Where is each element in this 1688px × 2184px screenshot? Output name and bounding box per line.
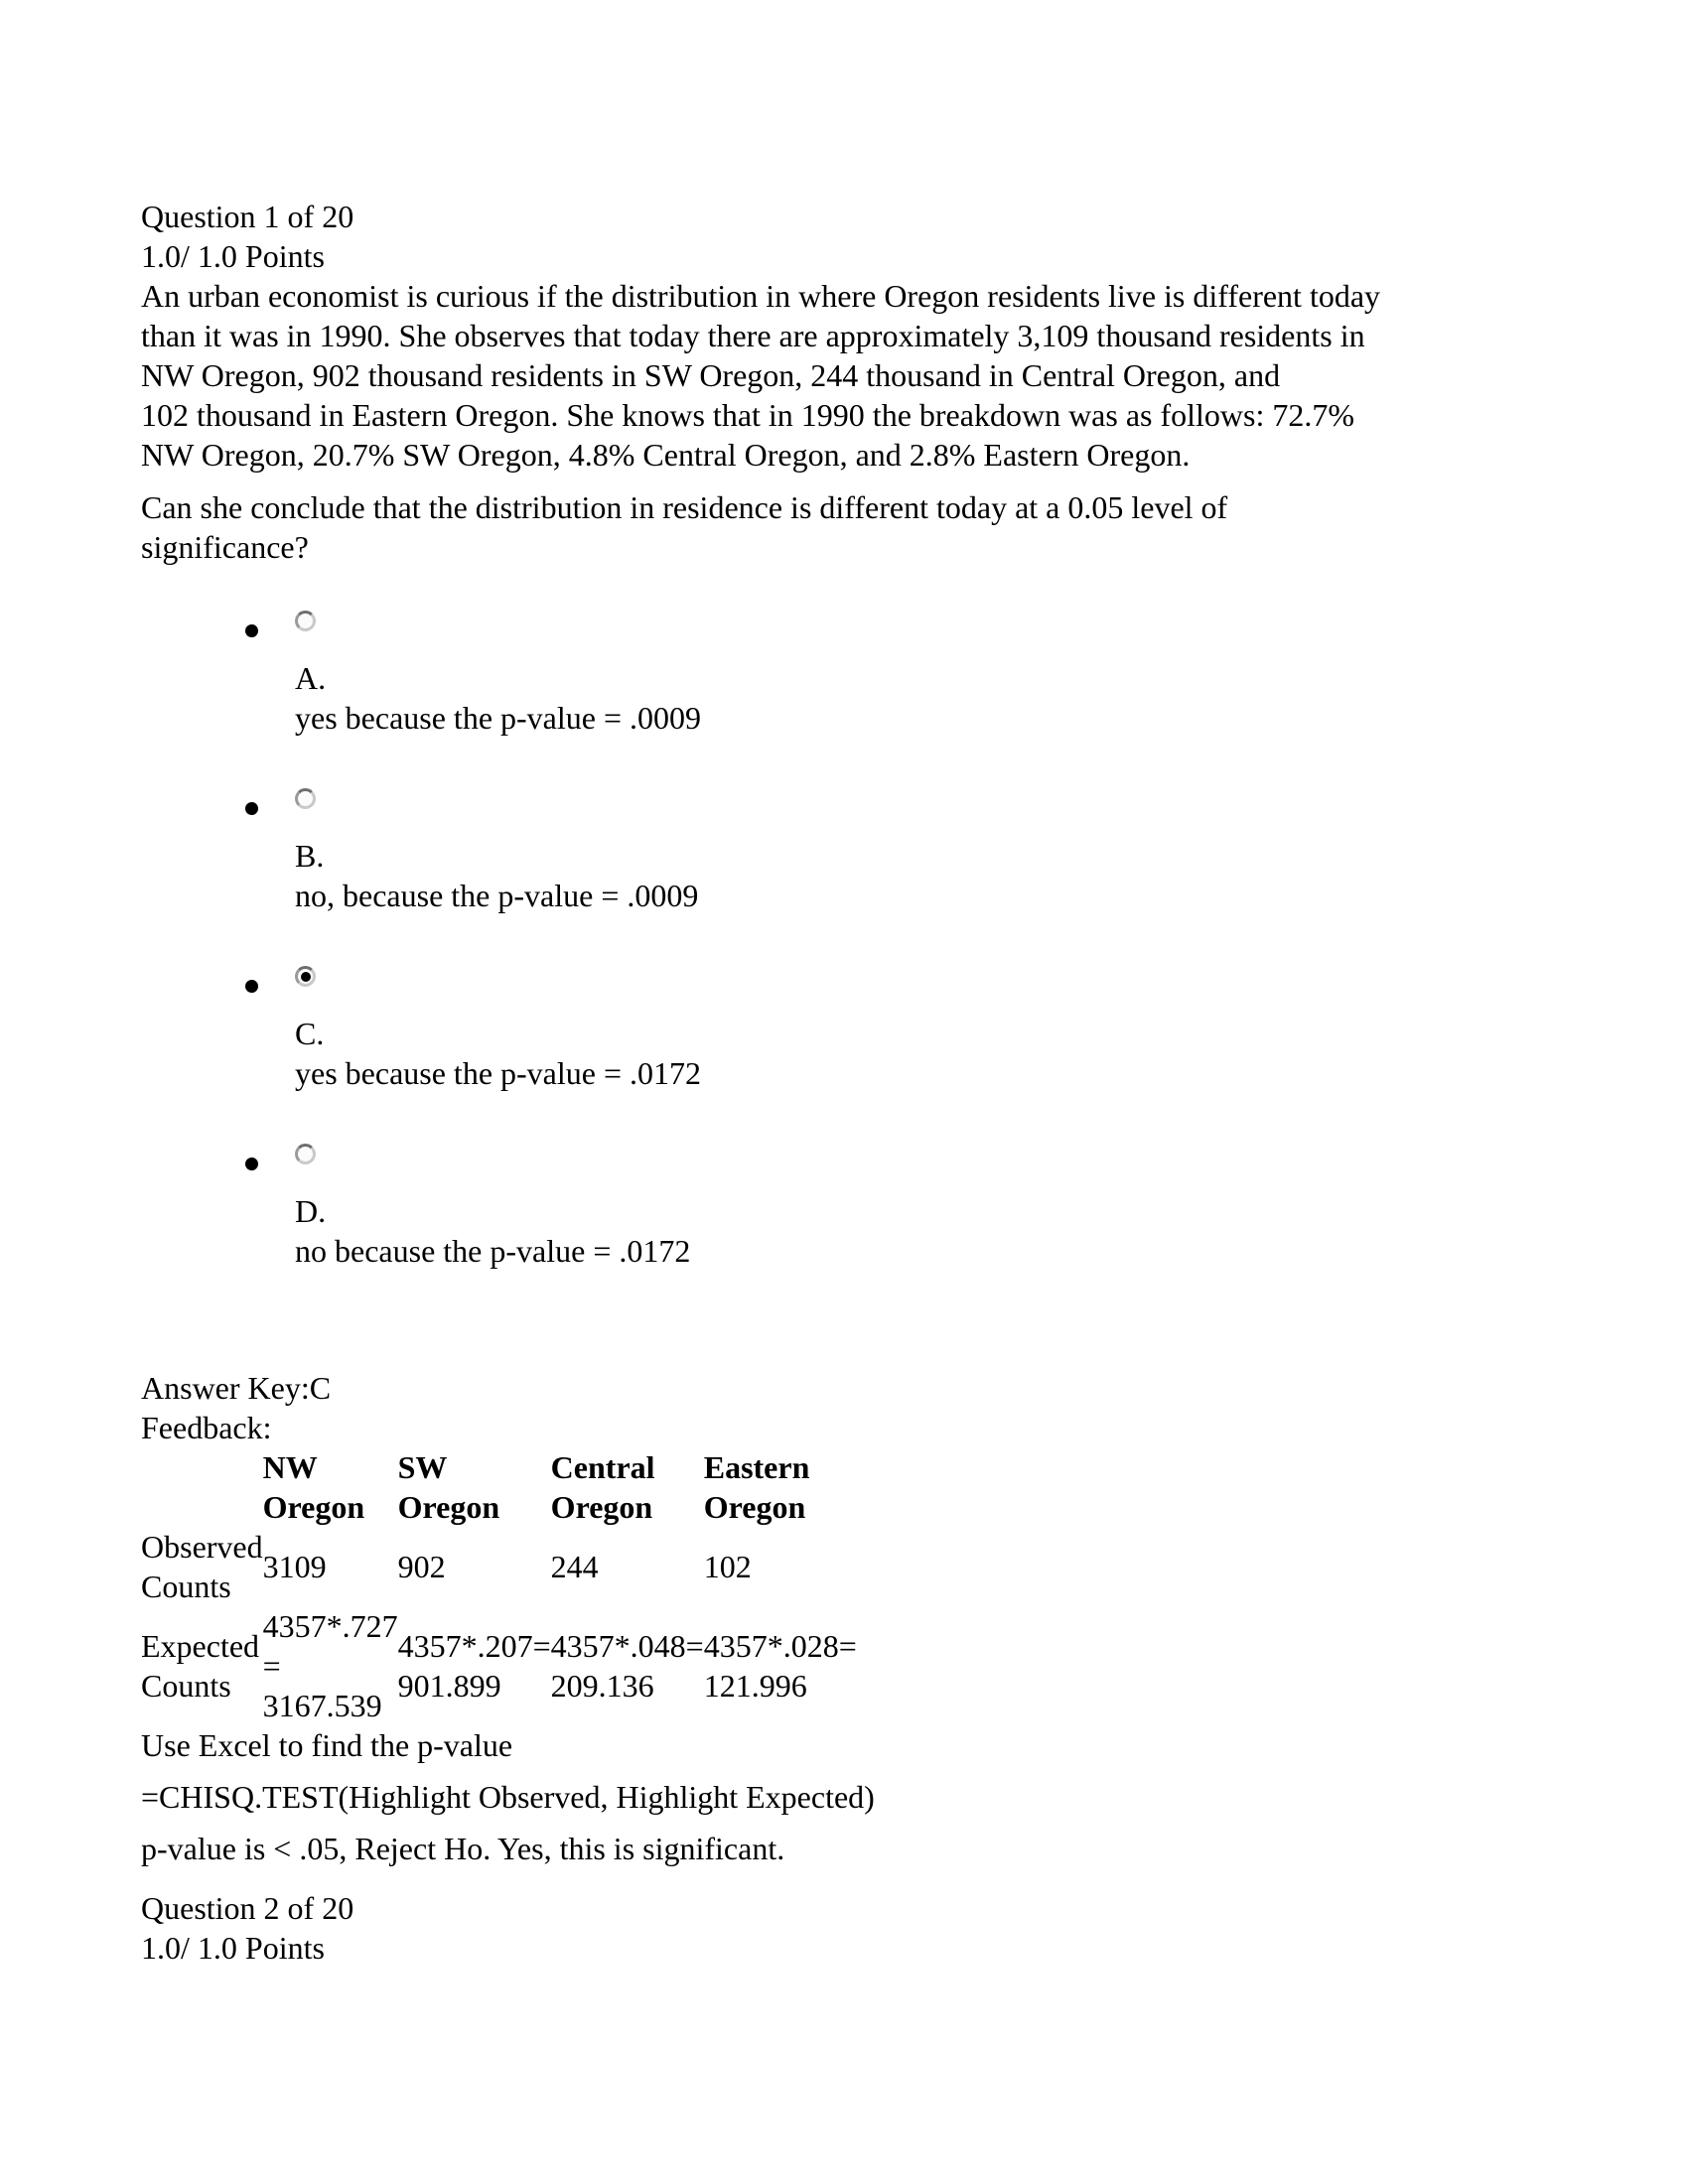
option-c: C. yes because the p-value = .0172 <box>141 956 1599 1093</box>
feedback-note-formula: =CHISQ.TEST(Highlight Observed, Highligh… <box>141 1777 1599 1817</box>
option-c-letter: C. <box>295 1014 1599 1053</box>
column-header-eastern-oregon: Eastern Oregon <box>704 1447 857 1527</box>
radio-button-d[interactable] <box>295 1144 316 1164</box>
option-a: A. yes because the p-value = .0009 <box>141 601 1599 738</box>
column-header-sw-oregon: SW Oregon <box>398 1447 551 1527</box>
option-c-text: yes because the p-value = .0172 <box>295 1053 1599 1093</box>
option-d: D. no because the p-value = .0172 <box>141 1134 1599 1271</box>
table-row-expected: Expected Counts 4357*.727 = 3167.539 435… <box>141 1606 857 1725</box>
feedback-note-conclusion: p-value is < .05, Reject Ho. Yes, this i… <box>141 1829 1599 1868</box>
option-d-letter: D. <box>295 1191 1599 1231</box>
option-b-letter: B. <box>295 836 1599 876</box>
radio-button-b[interactable] <box>295 788 316 809</box>
answer-key: Answer Key:C <box>141 1368 1599 1408</box>
bullet-icon <box>245 1158 258 1170</box>
column-header-blank <box>141 1447 263 1527</box>
option-b: B. no, because the p-value = .0009 <box>141 778 1599 915</box>
option-a-radio-row <box>295 601 1599 621</box>
column-header-nw-oregon: NW Oregon <box>263 1447 398 1527</box>
question1-header: Question 1 of 20 <box>141 197 1599 236</box>
feedback-table: NW Oregon SW Oregon Central Oregon Easte… <box>141 1447 857 1725</box>
option-a-letter: A. <box>295 658 1599 698</box>
table-header-row: NW Oregon SW Oregon Central Oregon Easte… <box>141 1447 857 1527</box>
bullet-icon <box>245 802 258 815</box>
bullet-icon <box>245 980 258 993</box>
column-header-central-oregon: Central Oregon <box>551 1447 704 1527</box>
question2-header: Question 2 of 20 <box>141 1888 1599 1928</box>
option-a-text: yes because the p-value = .0009 <box>295 698 1599 738</box>
expected-central-value: 4357*.048= 209.136 <box>551 1606 704 1725</box>
feedback-label: Feedback: <box>141 1408 1599 1447</box>
option-b-text: no, because the p-value = .0009 <box>295 876 1599 915</box>
row-label-expected-counts: Expected Counts <box>141 1606 263 1725</box>
options-list: A. yes because the p-value = .0009 B. no… <box>141 601 1599 1271</box>
expected-sw-value: 4357*.207= 901.899 <box>398 1606 551 1725</box>
table-row-observed: Observed Counts 3109 902 244 102 <box>141 1527 857 1606</box>
observed-central-value: 244 <box>551 1527 704 1606</box>
document-page: Question 1 of 20 1.0/ 1.0 Points An urba… <box>0 0 1688 2184</box>
observed-nw-value: 3109 <box>263 1527 398 1606</box>
option-d-radio-row <box>295 1134 1599 1155</box>
row-label-observed-counts: Observed Counts <box>141 1527 263 1606</box>
bullet-icon <box>245 624 258 637</box>
question1-body: An urban economist is curious if the dis… <box>141 276 1599 475</box>
option-c-radio-row <box>295 956 1599 977</box>
radio-button-a[interactable] <box>295 611 316 631</box>
radio-button-c[interactable] <box>295 966 316 987</box>
feedback-note-excel: Use Excel to find the p-value <box>141 1725 1599 1765</box>
option-d-text: no because the p-value = .0172 <box>295 1231 1599 1271</box>
observed-eastern-value: 102 <box>704 1527 857 1606</box>
observed-sw-value: 902 <box>398 1527 551 1606</box>
question1-points: 1.0/ 1.0 Points <box>141 236 1599 276</box>
expected-nw-value: 4357*.727 = 3167.539 <box>263 1606 398 1725</box>
question1-prompt: Can she conclude that the distribution i… <box>141 487 1599 567</box>
option-b-radio-row <box>295 778 1599 799</box>
expected-eastern-value: 4357*.028= 121.996 <box>704 1606 857 1725</box>
question2-points: 1.0/ 1.0 Points <box>141 1928 1599 1968</box>
